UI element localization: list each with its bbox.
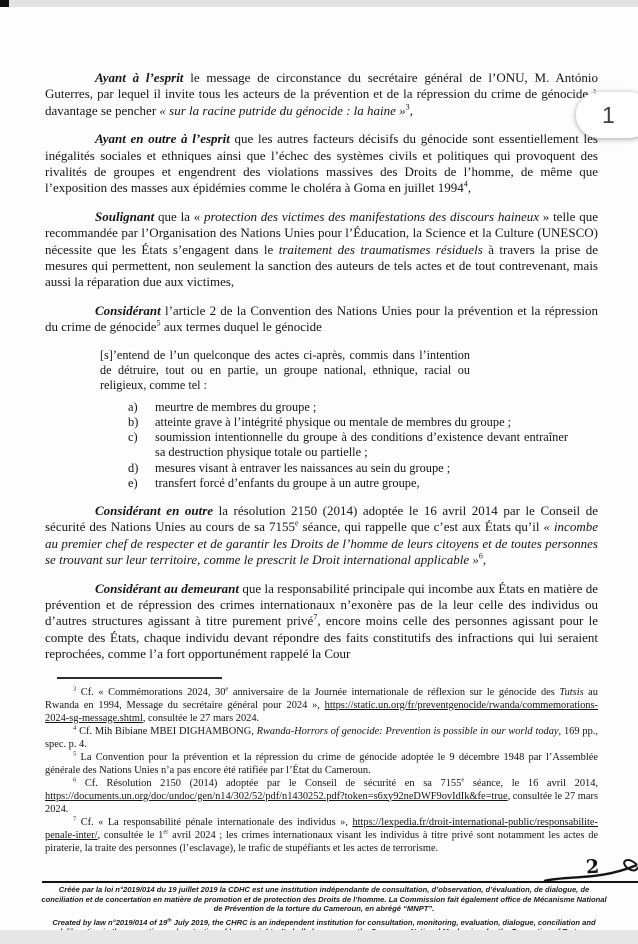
list-item-text: soumission intentionnelle du groupe à de…	[155, 430, 568, 460]
text-segment: Considérant au demeurant	[95, 581, 239, 596]
text-segment: séance, qui rappelle que c’est aux États…	[299, 519, 544, 534]
blockquote-genocide-definition: [s]’entend de l’un quelconque des actes …	[100, 348, 470, 393]
text-segment: , consultée le 27 mars 2024.	[143, 713, 259, 724]
scan-edge-top	[0, 0, 638, 7]
text-segment: Cf. Résolution 2150 (2014) adoptée par l…	[76, 778, 461, 789]
list-item-text: meurtre de membres du groupe ;	[155, 400, 568, 415]
text-segment: , consultée le 1	[98, 830, 164, 841]
text-segment: Créée par la loi n°2019/014 du 19 juille…	[41, 885, 606, 913]
text-segment: « sur la racine putride du génocide : la…	[159, 103, 405, 118]
paragraph-soulignant: Soulignant que la « protection des victi…	[45, 209, 598, 291]
genocide-acts-list: a) meurtre de membres du groupe ; b) att…	[128, 400, 568, 491]
text-segment: Created by law n°2019/014 of 19	[52, 918, 167, 927]
text-segment: Ayant à l’esprit	[95, 70, 183, 85]
paragraph-ayant-en-outre: Ayant en outre à l’esprit que les autres…	[45, 131, 598, 197]
list-item: a) meurtre de membres du groupe ;	[128, 400, 568, 415]
paragraph-considerant-en-outre: Considérant en outre la résolution 2150 …	[45, 503, 598, 569]
text-segment: séance, le 16 avril 2014,	[464, 778, 598, 789]
footnote-separator	[57, 677, 222, 679]
list-item-label: d)	[128, 461, 155, 476]
text-segment: Cf. Mih Bibiane MBEI DIGHAMBONG,	[76, 726, 256, 737]
footnote-4: 4 Cf. Mih Bibiane MBEI DIGHAMBONG, Rwand…	[45, 725, 598, 751]
text-segment: aux termes duquel le génocide	[161, 319, 322, 334]
scan-corner-mark	[0, 0, 9, 7]
text-segment: Ayant en outre à l’esprit	[95, 131, 230, 146]
list-item: e) transfert forcé d’enfants du groupe à…	[128, 476, 568, 491]
scanned-document-page: Ayant à l’esprit le message de circonsta…	[0, 0, 638, 944]
text-segment: Tutsis	[559, 687, 583, 698]
list-item-text: atteinte grave à l’intégrité physique ou…	[155, 415, 568, 430]
text-segment: Cf. « Commémorations 2024, 30	[76, 687, 225, 698]
paragraph-considerant-au-demeurant: Considérant au demeurant que la responsa…	[45, 581, 598, 663]
list-item-label: e)	[128, 476, 155, 491]
text-segment: anniversaire de la Journée international…	[228, 687, 559, 698]
footnote-5: 5 La Convention pour la prévention et la…	[45, 751, 598, 777]
footer-note-fr: Créée par la loi n°2019/014 du 19 juille…	[38, 885, 610, 914]
list-item: b) atteinte grave à l’intégrité physique…	[128, 415, 568, 430]
list-item-label: c)	[128, 430, 155, 460]
text-segment: protection des victimes des manifestatio…	[204, 209, 539, 224]
footer-divider	[42, 881, 638, 883]
document-body: Ayant à l’esprit le message de circonsta…	[0, 7, 638, 879]
text-segment: La Convention pour la prévention et la r…	[45, 752, 598, 776]
list-item-text: transfert forcé d’enfants du groupe à un…	[155, 476, 568, 491]
text-segment: ,	[468, 180, 471, 195]
list-item-text: mesures visant à entraver les naissances…	[155, 461, 568, 476]
text-segment: Cf. « La responsabilité pénale internati…	[76, 817, 352, 828]
text-segment: Rwanda-Horrors of genocide: Prevention i…	[257, 726, 559, 737]
page-number-badge-value: 1	[602, 102, 615, 129]
page-number-badge: 1	[576, 92, 638, 138]
list-item-label: a)	[128, 400, 155, 415]
text-segment: traitement des traumatismes résiduels	[279, 242, 483, 257]
text-segment: Considérant en outre	[95, 503, 213, 518]
paragraph-ayant-a-lesprit: Ayant à l’esprit le message de circonsta…	[45, 70, 598, 119]
list-item-label: b)	[128, 415, 155, 430]
text-segment: [s]’entend de l’un quelconque des actes …	[100, 348, 470, 392]
scan-edge-bottom	[0, 930, 638, 944]
handwritten-page-number-value: 2	[585, 856, 600, 879]
text-segment: ,	[410, 103, 413, 118]
text-segment: Considérant	[95, 303, 161, 318]
list-item: d) mesures visant à entraver les naissan…	[128, 461, 568, 476]
footnote-7: 7 Cf. « La responsabilité pénale interna…	[45, 816, 598, 855]
footnote-3: 3 Cf. « Commémorations 2024, 30e anniver…	[45, 686, 598, 725]
list-item: c) soumission intentionnelle du groupe à…	[128, 430, 568, 460]
text-segment: que la «	[154, 209, 204, 224]
paragraph-considerant-article-2: Considérant l’article 2 de la Convention…	[45, 303, 598, 336]
text-segment: Soulignant	[95, 209, 154, 224]
link-text[interactable]: https://documents.un.org/doc/undoc/gen/n…	[45, 791, 508, 802]
text-segment: ,	[483, 552, 486, 567]
footnote-6: 6 Cf. Résolution 2150 (2014) adoptée par…	[45, 777, 598, 816]
